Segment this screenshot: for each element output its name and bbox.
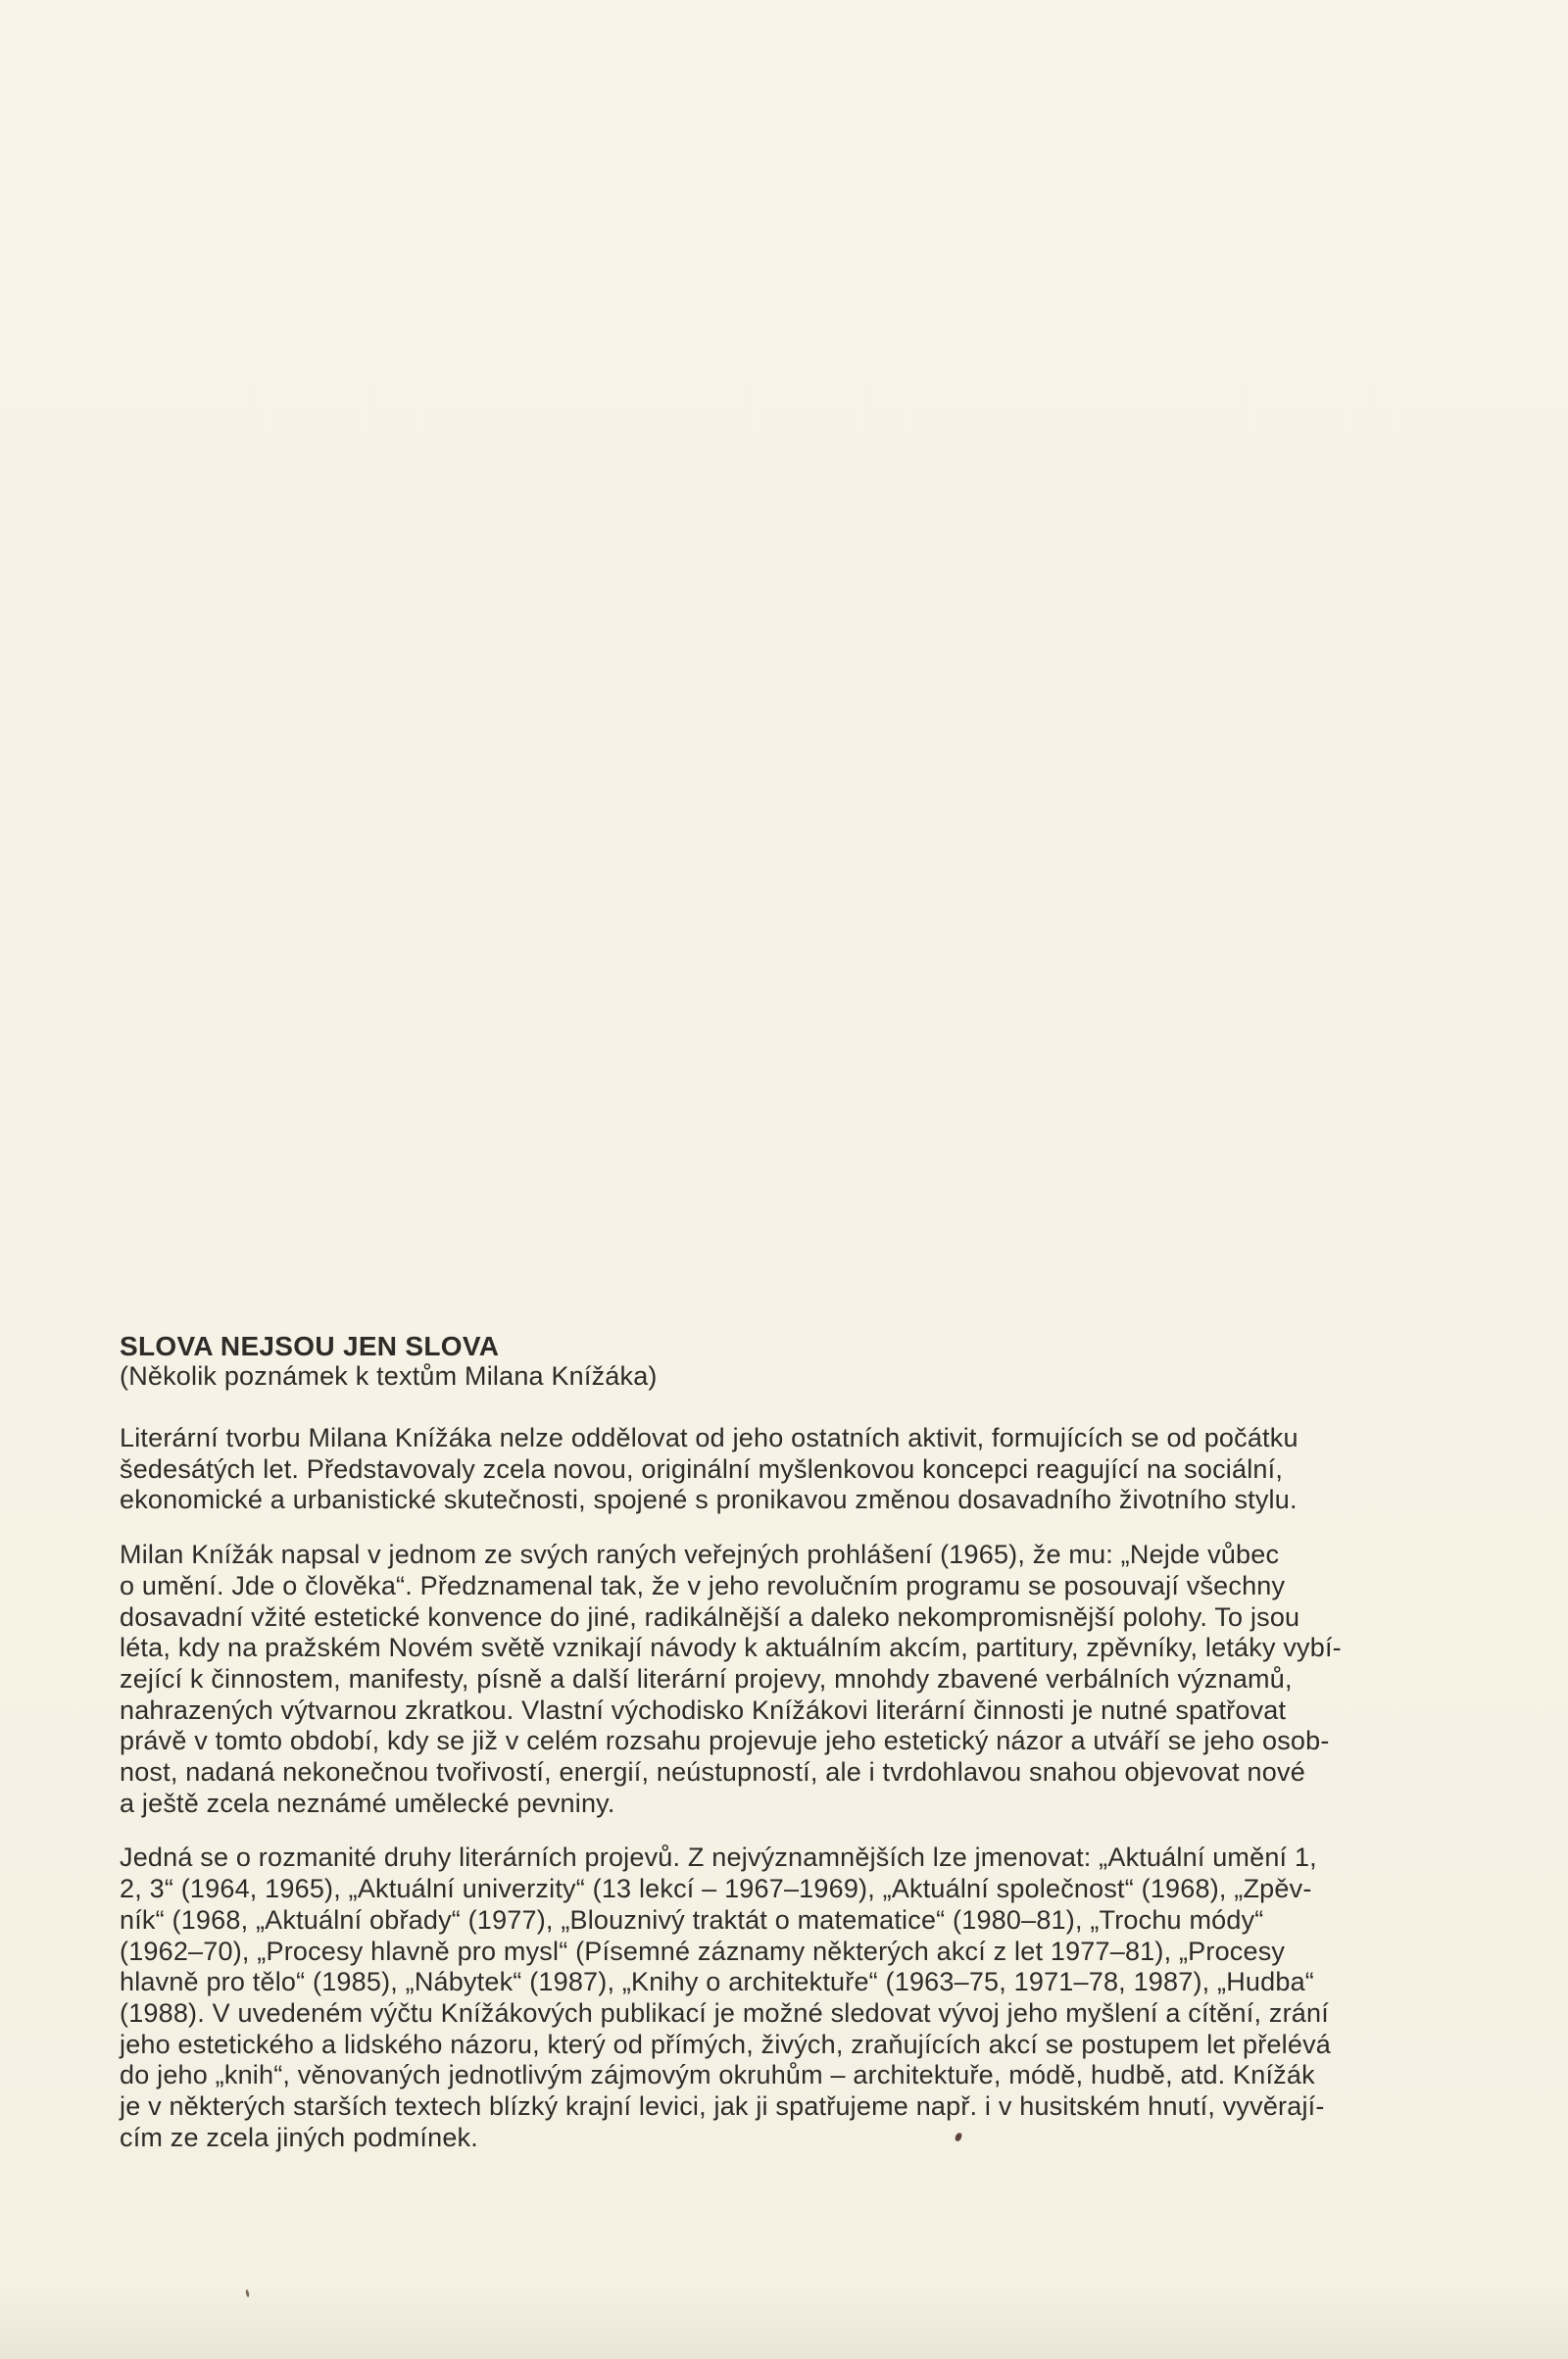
article-title: SLOVA NEJSOU JEN SLOVA <box>120 1331 1460 1361</box>
article: SLOVA NEJSOU JEN SLOVA (Několik poznámek… <box>120 1331 1460 2177</box>
scanned-book-page: SLOVA NEJSOU JEN SLOVA (Několik poznámek… <box>0 0 1568 2359</box>
paragraph-2: Milan Knížák napsal v jednom ze svých ra… <box>120 1540 1460 1819</box>
ink-speck <box>245 2289 250 2297</box>
paragraph-3: Jedná se o rozmanité druhy literárních p… <box>120 1843 1460 2153</box>
paragraph-1: Literární tvorbu Milana Knížáka nelze od… <box>120 1423 1460 1516</box>
article-subtitle: (Několik poznámek k textům Milana Knížák… <box>120 1361 1460 1392</box>
